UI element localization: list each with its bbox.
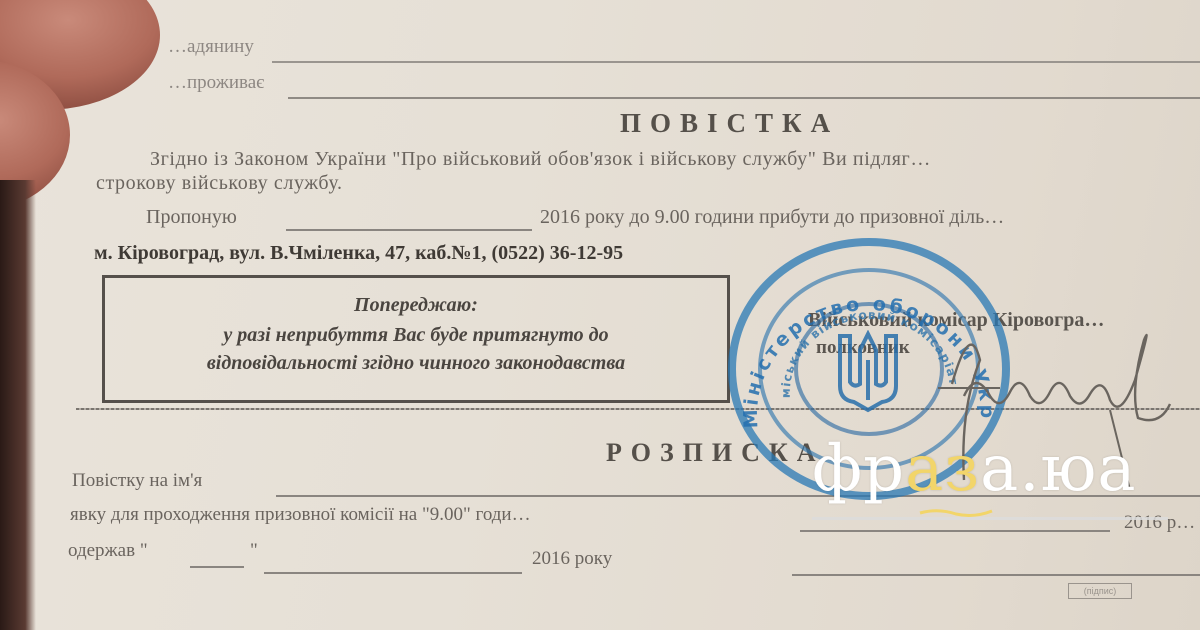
receipt-appearance-text: явку для проходження призовної комісії н… — [70, 504, 531, 526]
document-title: ПОВІСТКА — [620, 108, 839, 139]
header-field-label-resides: …проживає — [168, 72, 264, 94]
receipt-received-day-line — [190, 566, 244, 568]
warning-heading: Попереджаю: — [105, 294, 727, 317]
warning-line-1: у разі неприбуття Вас буде притягнуто до — [105, 324, 727, 347]
proposal-suffix: 2016 року до 9.00 години прибути до приз… — [540, 206, 1004, 229]
proposal-prefix: Пропоную — [146, 206, 237, 229]
watermark-suffix: а.юа — [980, 432, 1136, 506]
intro-line-2: строкову військову службу. — [96, 172, 343, 195]
hand-shadow — [0, 180, 36, 630]
receipt-signature-line — [792, 574, 1200, 576]
receipt-appearance-year: 2016 р… — [1124, 512, 1195, 534]
header-field-label-citizen: …адянину — [168, 36, 254, 58]
proposal-date-line — [286, 229, 532, 231]
watermark-prefix: фр — [812, 432, 905, 506]
receipt-appearance-date-line — [800, 530, 1110, 532]
intro-line-1: Згідно із Законом України "Про військови… — [150, 148, 931, 171]
header-field-line-citizen — [272, 61, 1200, 63]
header-field-line-resides — [288, 97, 1200, 99]
receipt-name-label: Повістку на ім'я — [72, 470, 202, 492]
receipt-received-year: 2016 року — [532, 548, 612, 570]
signature-caption: (підпис) — [1068, 583, 1132, 599]
warning-line-2: відповідальності згідно чинного законода… — [105, 352, 727, 375]
watermark-bar — [812, 517, 1168, 520]
receipt-received-month-line — [264, 572, 522, 574]
site-watermark-logo: фраза.юа — [812, 432, 1137, 506]
address-line: м. Кіровоград, вул. В.Чміленка, 47, каб.… — [94, 242, 623, 265]
watermark-accent: аз — [905, 432, 980, 506]
warning-box: Попереджаю: у разі неприбуття Вас буде п… — [102, 275, 730, 403]
receipt-received-quote: " — [250, 540, 258, 562]
receipt-received-label: одержав " — [68, 540, 148, 562]
